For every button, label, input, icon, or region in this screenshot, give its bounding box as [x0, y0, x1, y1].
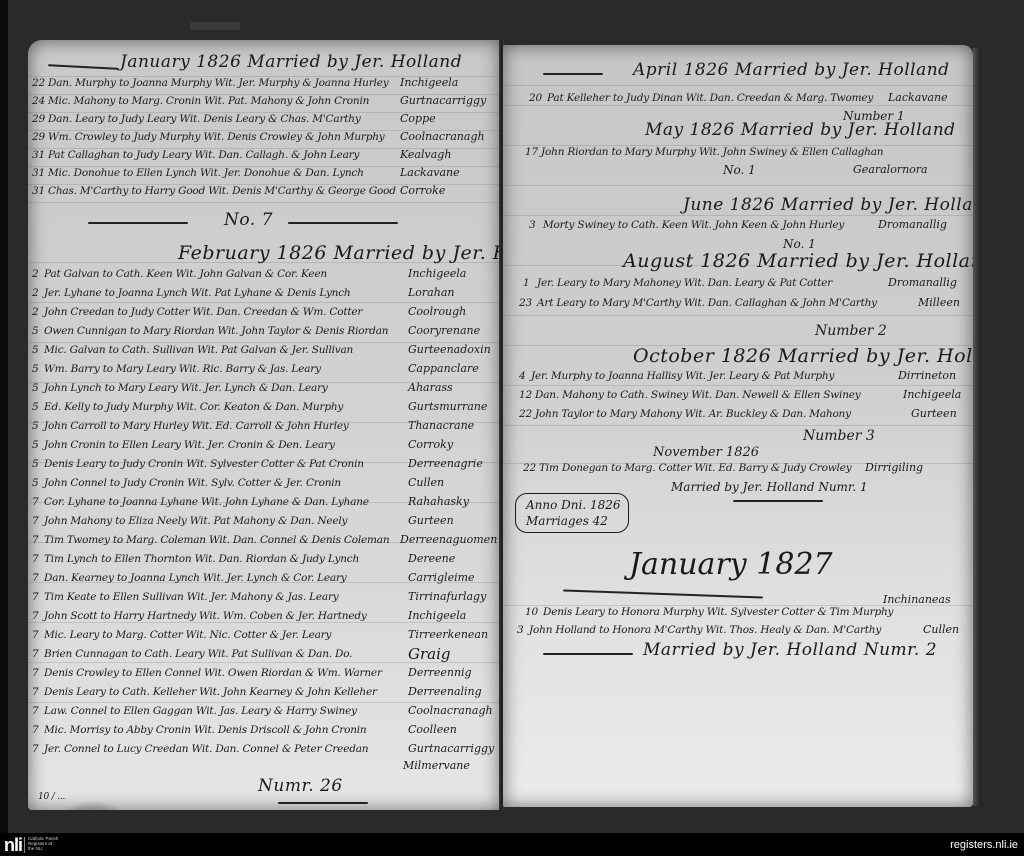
entry-day: 5 — [32, 401, 38, 413]
entry-place: Coolnacranagh — [408, 704, 493, 717]
section-heading-jun-1826: June 1826 Married by Jer. Holland — [683, 195, 973, 215]
entry-place: Cullen — [408, 476, 444, 489]
entry-day: 29 — [32, 131, 45, 143]
entry-place: Lorahan — [408, 286, 454, 299]
entry-text: Dan. Murphy to Joanna Murphy Wit. Jer. M… — [48, 77, 388, 89]
entry-day: 5 — [32, 477, 38, 489]
entry-day: 22 — [519, 408, 532, 420]
entry-day: 7 — [32, 667, 38, 679]
entry-day: 24 — [32, 95, 45, 107]
entry-text: Denis Crowley to Ellen Connel Wit. Owen … — [44, 667, 382, 679]
entry-day: 3 — [529, 219, 535, 231]
entry-text: John Cronin to Ellen Leary Wit. Jer. Cro… — [44, 439, 335, 451]
entry-text: Wm. Crowley to Judy Murphy Wit. Denis Cr… — [48, 131, 385, 143]
entry-day: 22 — [32, 77, 45, 89]
entry-place: Dromanallig — [878, 218, 947, 231]
section-heading-apr-1826: April 1826 Married by Jer. Holland — [633, 60, 950, 80]
entry-place: Gurteenadoxin — [408, 343, 491, 356]
entry-day: 7 — [32, 610, 38, 622]
entry-text: Mic. Mahony to Marg. Cronin Wit. Pat. Ma… — [48, 95, 369, 107]
entry-text: Morty Swiney to Cath. Keen Wit. John Kee… — [543, 219, 844, 231]
entry-place: Derreennig — [408, 666, 472, 679]
section-heading-jan-1826: January 1826 Married by Jer. Holland — [120, 52, 462, 72]
entry-place: Cappanclare — [408, 362, 479, 375]
left-register-page: January 1826 Married by Jer. Holland 22 … — [28, 40, 500, 810]
entry-day: 29 — [32, 113, 45, 125]
site-url-link[interactable]: registers.nli.ie — [950, 839, 1018, 851]
entry-day: 7 — [32, 534, 38, 546]
entry-day: 7 — [32, 572, 38, 584]
entry-text: Mic. Morrisy to Abby Cronin Wit. Denis D… — [44, 724, 366, 736]
entry-place: Graig — [408, 645, 451, 663]
entry-text: Denis Leary to Honora Murphy Wit. Sylves… — [543, 606, 893, 618]
entry-place: Dirrineton — [898, 369, 956, 382]
entry-text: Jer. Murphy to Joanna Hallisy Wit. Jer. … — [531, 370, 834, 382]
entry-day: 7 — [32, 743, 38, 755]
section-total: Married by Jer. Holland Numr. 2 — [643, 640, 937, 660]
entry-day: 5 — [32, 382, 38, 394]
entry-text: Mic. Leary to Marg. Cotter Wit. Nic. Cot… — [44, 629, 331, 641]
entry-place: Lackavane — [888, 91, 948, 104]
last-place-note: Milmervane — [403, 759, 470, 772]
entry-place: Inchigeela — [408, 609, 466, 622]
entry-day: 31 — [32, 185, 45, 197]
section-total: Number 2 — [815, 323, 887, 339]
entry-day: 3 — [517, 624, 523, 636]
entry-place: Rahahasky — [408, 495, 469, 508]
entry-text: John Creedan to Judy Cotter Wit. Dan. Cr… — [44, 306, 362, 318]
section-total: Number 3 — [803, 428, 875, 444]
entry-day: 7 — [32, 724, 38, 736]
entry-text: John Scott to Harry Hartnedy Wit. Wm. Co… — [44, 610, 367, 622]
entry-text: Jer. Connel to Lucy Creedan Wit. Dan. Co… — [44, 743, 368, 755]
entry-day: 2 — [32, 306, 38, 318]
entry-place: Derreenaling — [408, 685, 482, 698]
entry-day: 7 — [32, 553, 38, 565]
entry-day: 5 — [32, 458, 38, 470]
entry-place: Coolrough — [408, 305, 466, 318]
section-heading-jan-1827: January 1827 — [629, 547, 833, 582]
entry-day: 4 — [519, 370, 525, 382]
entry-day: 7 — [32, 686, 38, 698]
entry-day: 22 — [523, 462, 536, 474]
entry-place: Coolleen — [408, 723, 457, 736]
entry-day: 17 — [525, 146, 538, 158]
entry-day: 5 — [32, 363, 38, 375]
entry-text: Chas. M'Carthy to Harry Good Wit. Denis … — [48, 185, 396, 197]
entry-day: 31 — [32, 149, 45, 161]
entry-day: 7 — [32, 629, 38, 641]
entry-place: Gearalornora — [853, 163, 928, 176]
viewer-footer — [0, 833, 1024, 856]
entry-place: Thanacrane — [408, 419, 474, 432]
entry-day: 7 — [32, 515, 38, 527]
entry-text: Pat Callaghan to Judy Leary Wit. Dan. Ca… — [48, 149, 359, 161]
entry-place: Kealvagh — [400, 148, 451, 161]
entry-text: John Mahony to Eliza Neely Wit. Pat Maho… — [44, 515, 347, 527]
entry-place: Tirrinafurlagy — [408, 590, 486, 603]
entry-day: 7 — [32, 496, 38, 508]
corner-note: 10 / ... — [38, 792, 65, 802]
entry-text: Owen Cunnigan to Mary Riordan Wit. John … — [44, 325, 388, 337]
entry-text: Brien Cunnagan to Cath. Leary Wit. Pat S… — [44, 648, 352, 660]
entry-day: 7 — [32, 705, 38, 717]
book-right-edge — [973, 48, 981, 806]
entry-text: Tim Donegan to Marg. Cotter Wit. Ed. Bar… — [539, 462, 851, 474]
section-heading-may-1826: May 1826 Married by Jer. Holland — [645, 120, 956, 140]
entry-text: Dan. Kearney to Joanna Lynch Wit. Jer. L… — [44, 572, 347, 584]
entry-place: Tirreerkenean — [408, 628, 488, 641]
entry-text: John Riordan to Mary Murphy Wit. John Sw… — [541, 146, 883, 158]
entry-text: Mic. Galvan to Cath. Sullivan Wit. Pat G… — [44, 344, 353, 356]
entry-day: 7 — [32, 648, 38, 660]
entry-text: Ed. Kelly to Judy Murphy Wit. Cor. Keato… — [44, 401, 343, 413]
entry-place: Milleen — [918, 296, 960, 309]
entry-text: Denis Leary to Cath. Kelleher Wit. John … — [44, 686, 377, 698]
entry-text: Law. Connel to Ellen Gaggan Wit. Jas. Le… — [44, 705, 357, 717]
entry-place: Derreenaguomen — [400, 533, 497, 546]
entry-place: Inchigeela — [903, 388, 961, 401]
entry-text: Cor. Lyhane to Joanna Lyhane Wit. John L… — [44, 496, 369, 508]
entry-text: John Taylor to Mary Mahony Wit. Ar. Buck… — [535, 408, 851, 420]
entry-text: Dan. Mahony to Cath. Swiney Wit. Dan. Ne… — [535, 389, 861, 401]
entry-day: 5 — [32, 344, 38, 356]
entry-text: Dan. Leary to Judy Leary Wit. Denis Lear… — [48, 113, 361, 125]
entry-day: 5 — [32, 420, 38, 432]
entry-place: Dereene — [408, 552, 455, 565]
entry-text: Pat Kelleher to Judy Dinan Wit. Dan. Cre… — [547, 92, 873, 104]
entry-day: 1 — [523, 277, 529, 289]
entry-text: John Holland to Honora M'Carthy Wit. Tho… — [529, 624, 881, 636]
entry-text: Tim Keate to Ellen Sullivan Wit. Jer. Ma… — [44, 591, 339, 603]
section-heading-nov-1826: November 1826 — [653, 445, 759, 460]
section-total: No. 7 — [224, 210, 273, 230]
entry-day: 10 — [525, 606, 538, 618]
entry-day: 23 — [519, 297, 532, 309]
entry-text: Pat Galvan to Cath. Keen Wit. John Galva… — [44, 268, 327, 280]
annual-year: Anno Dni. 1826 — [526, 498, 618, 512]
entry-place: Lackavane — [400, 166, 460, 179]
entry-place: Coolnacranagh — [400, 130, 485, 143]
logo-divider — [24, 837, 25, 853]
entry-day: 5 — [32, 325, 38, 337]
entry-text: John Connel to Judy Cronin Wit. Sylv. Co… — [44, 477, 341, 489]
entry-text: Jer. Leary to Mary Mahoney Wit. Dan. Lea… — [537, 277, 832, 289]
entry-text: Jer. Lyhane to Joanna Lynch Wit. Pat Lyh… — [44, 287, 351, 299]
scan-artifact — [190, 22, 240, 30]
annual-summary-box: Anno Dni. 1826 Marriages 42 — [515, 493, 629, 533]
entry-day: 5 — [32, 439, 38, 451]
entry-text: Mic. Donohue to Ellen Lynch Wit. Jer. Do… — [48, 167, 364, 179]
entry-place: Gurtnacarriggy — [400, 94, 486, 107]
annual-marriages-count: Marriages 42 — [526, 514, 618, 528]
entry-place: Gurteen — [911, 407, 957, 420]
entry-text: Denis Leary to Judy Cronin Wit. Sylveste… — [44, 458, 364, 470]
entry-day: 2 — [32, 287, 38, 299]
entry-text: Wm. Barry to Mary Leary Wit. Ric. Barry … — [44, 363, 321, 375]
section-heading-oct-1826: October 1826 Married by Jer. Holland — [633, 345, 973, 367]
section-heading-aug-1826: August 1826 Married by Jer. Holland — [623, 250, 973, 272]
ink-stain — [58, 800, 128, 810]
entry-place: Dromanallig — [888, 276, 957, 289]
entry-day: 12 — [519, 389, 532, 401]
entry-text: John Lynch to Mary Leary Wit. Jer. Lynch… — [44, 382, 328, 394]
nli-logo[interactable]: nli — [4, 835, 22, 856]
entry-place: Derreenagrie — [408, 457, 483, 470]
logo-subtitle: Catholic Parish Registers at the NLI — [28, 836, 58, 851]
entry-place: Gurteen — [408, 514, 454, 527]
entry-place: Gurtnacarriggy — [408, 742, 494, 755]
entry-place: Inchinaneas — [883, 593, 951, 606]
entry-text: Tim Twomey to Marg. Coleman Wit. Dan. Co… — [44, 534, 389, 546]
entry-place: Inchigeela — [400, 76, 458, 89]
entry-text: Art Leary to Mary M'Carthy Wit. Dan. Cal… — [537, 297, 877, 309]
entry-place: Cullen — [923, 623, 959, 636]
entry-day: 31 — [32, 167, 45, 179]
entry-place: Carrigleime — [408, 571, 475, 584]
section-total: No. 1 — [723, 163, 756, 177]
section-total: Married by Jer. Holland Numr. 1 — [671, 480, 868, 494]
entry-day: 2 — [32, 268, 38, 280]
entry-place: Inchigeela — [408, 267, 466, 280]
entry-place: Cooryrenane — [408, 324, 480, 337]
section-total: No. 1 — [783, 237, 816, 251]
section-heading-feb-1826: February 1826 Married by Jer. Holland — [178, 242, 500, 264]
entry-place: Gurtsmurrane — [408, 400, 487, 413]
entry-day: 7 — [32, 591, 38, 603]
right-register-page: April 1826 Married by Jer. Holland 20 Pa… — [503, 45, 973, 807]
entry-place: Coppe — [400, 112, 436, 125]
entry-day: 20 — [529, 92, 542, 104]
entry-place: Dirrigiling — [865, 461, 923, 474]
entry-place: Corroky — [408, 438, 453, 451]
entry-text: John Carroll to Mary Hurley Wit. Ed. Car… — [44, 420, 349, 432]
viewer-left-border — [0, 0, 8, 833]
entry-place: Aharass — [408, 381, 453, 394]
entry-text: Tim Lynch to Ellen Thornton Wit. Dan. Ri… — [44, 553, 359, 565]
register-scan-viewer[interactable]: January 1826 Married by Jer. Holland 22 … — [0, 0, 1024, 833]
section-total: Numr. 26 — [258, 776, 343, 796]
logo-subtitle-line: the NLI — [28, 846, 58, 851]
entry-place: Corroke — [400, 184, 445, 197]
